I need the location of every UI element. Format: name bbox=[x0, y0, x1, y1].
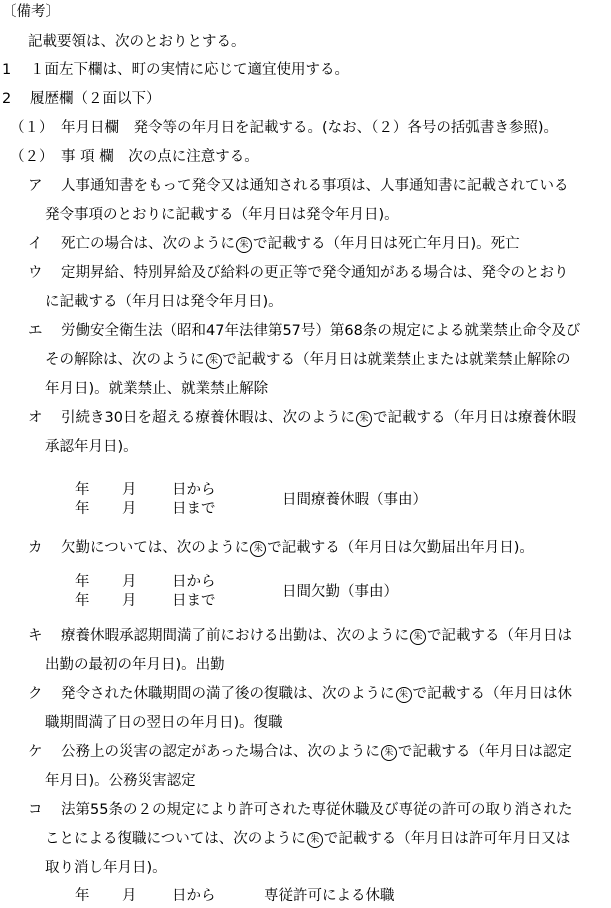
item-text-post: で記載する（年月日は許可年月日又は bbox=[324, 831, 571, 847]
item-text: 職期間満了日の翌日の年月日)。復職 bbox=[45, 714, 283, 732]
table-label: 日間療養休暇（事由） bbox=[282, 491, 427, 509]
item-text: 取り消し年月日)。 bbox=[45, 859, 167, 877]
item-text: 法第55条の２の規定により許可された専従休職及び専従の許可の取り消された bbox=[61, 801, 572, 819]
table-cell: 月 bbox=[122, 592, 137, 610]
item-text-pre: 公務上の災害の認定があった場合は、次のように bbox=[61, 744, 380, 760]
table-cell: 年 bbox=[75, 887, 90, 905]
table-cell: 年 bbox=[75, 500, 90, 518]
item-text: ことによる復職については、次のように朱で記載する（年月日は許可年月日又は bbox=[45, 830, 570, 848]
intro-text: 記載要領は、次のとおりとする。 bbox=[28, 33, 246, 51]
item-marker: ケ bbox=[28, 743, 43, 761]
table-cell: 年 bbox=[75, 592, 90, 610]
circled-red-ink-icon: 朱 bbox=[307, 832, 323, 848]
circled-red-ink-icon: 朱 bbox=[410, 629, 426, 645]
circled-red-ink-icon: 朱 bbox=[396, 687, 412, 703]
item-text: 労働安全衛生法（昭和47年法律第57号）第68条の規定による就業禁止命令及び bbox=[61, 322, 580, 340]
table-cell: 月 bbox=[122, 887, 137, 905]
item-text-pre: ことによる復職については、次のように bbox=[45, 831, 306, 847]
item-text-pre: 発令された休職期間の満了後の復職は、次のように bbox=[61, 686, 395, 702]
table-cell: 日から bbox=[172, 481, 216, 499]
item-text: に記載する（年月日は発令年月日)。 bbox=[45, 293, 283, 311]
table-cell: 月 bbox=[122, 573, 137, 591]
item-marker: ウ bbox=[28, 264, 43, 282]
section-text: 履歴欄（２面以下） bbox=[30, 90, 161, 108]
table-label: 日間欠勤（事由） bbox=[282, 583, 398, 601]
table-label: 専従許可による休職 bbox=[264, 887, 395, 905]
item-text-pre: 死亡の場合は、次のように bbox=[61, 236, 235, 252]
item-text: 発令された休職期間の満了後の復職は、次のように朱で記載する（年月日は休 bbox=[61, 685, 572, 703]
circled-red-ink-icon: 朱 bbox=[236, 237, 252, 253]
item-text-pre: 引続き30日を超える療養休暇は、次のように bbox=[61, 410, 355, 426]
item-marker: コ bbox=[28, 801, 43, 819]
item-text-post: で記載する（年月日は死亡年月日)。死亡 bbox=[253, 236, 520, 252]
table-cell: 日まで bbox=[172, 500, 216, 518]
item-text: 公務上の災害の認定があった場合は、次のように朱で記載する（年月日は認定 bbox=[61, 743, 572, 761]
item-text: 引続き30日を超える療養休暇は、次のように朱で記載する（年月日は療養休暇 bbox=[61, 409, 576, 427]
table-cell: 日から bbox=[172, 887, 216, 905]
item-text-post: で記載する（年月日は bbox=[427, 628, 572, 644]
item-text: 承認年月日)。 bbox=[45, 438, 138, 456]
item-text: 人事通知書をもって発令又は通知される事項は、人事通知書に記載されている bbox=[61, 177, 569, 195]
table-cell: 日まで bbox=[172, 592, 216, 610]
section-number: 2 bbox=[2, 90, 11, 108]
item-text-pre: その解除は、次のように bbox=[45, 352, 205, 368]
item-text-post: で記載する（年月日は欠勤届出年月日)。 bbox=[267, 540, 534, 556]
item-marker: カ bbox=[28, 539, 43, 557]
item-text: 発令事項のとおりに記載する（年月日は発令年月日)。 bbox=[45, 206, 399, 224]
circled-red-ink-icon: 朱 bbox=[381, 745, 397, 761]
item-text-post: で記載する（年月日は認定 bbox=[398, 744, 572, 760]
item-marker: エ bbox=[28, 322, 43, 340]
item-text-post: で記載する（年月日は就業禁止または就業禁止解除の bbox=[223, 352, 571, 368]
item-marker: ア bbox=[28, 177, 43, 195]
item-text: 出勤の最初の年月日)。出勤 bbox=[45, 656, 225, 674]
subsection-number: （１） bbox=[10, 119, 54, 137]
subsection-number: （２） bbox=[10, 148, 54, 166]
item-text-post: で記載する（年月日は休 bbox=[413, 686, 573, 702]
table-cell: 日から bbox=[172, 573, 216, 591]
item-text: 年月日)。就業禁止、就業禁止解除 bbox=[45, 380, 268, 398]
item-marker: イ bbox=[28, 235, 43, 253]
item-marker: ク bbox=[28, 685, 43, 703]
subsection-text: 事 項 欄 次の点に注意する。 bbox=[61, 148, 259, 166]
item-text: 定期昇給、特別昇給及び給料の更正等で発令通知がある場合は、発令のとおり bbox=[61, 264, 569, 282]
item-text: 年月日)。公務災害認定 bbox=[45, 772, 196, 790]
item-text-post: で記載する（年月日は療養休暇 bbox=[373, 410, 576, 426]
item-text: その解除は、次のように朱で記載する（年月日は就業禁止または就業禁止解除の bbox=[45, 351, 571, 369]
item-text-pre: 欠勤については、次のように bbox=[61, 540, 249, 556]
subsection-text: 年月日欄 発令等の年月日を記載する。(なお、（２）各号の括弧書き参照)。 bbox=[61, 119, 558, 137]
item-text: 欠勤については、次のように朱で記載する（年月日は欠勤届出年月日)。 bbox=[61, 539, 534, 557]
item-text-pre: 療養休暇承認期間満了前における出勤は、次のように bbox=[61, 628, 409, 644]
circled-red-ink-icon: 朱 bbox=[250, 541, 266, 557]
table-cell: 年 bbox=[75, 573, 90, 591]
item-marker: オ bbox=[28, 409, 43, 427]
table-cell: 年 bbox=[75, 481, 90, 499]
item-text: 死亡の場合は、次のように朱で記載する（年月日は死亡年月日)。死亡 bbox=[61, 235, 520, 253]
section-number: 1 bbox=[2, 61, 11, 79]
section-text: １面左下欄は、町の実情に応じて適宜使用する。 bbox=[30, 61, 349, 79]
item-marker: キ bbox=[28, 627, 43, 645]
table-cell: 月 bbox=[122, 500, 137, 518]
item-text: 療養休暇承認期間満了前における出勤は、次のように朱で記載する（年月日は bbox=[61, 627, 572, 645]
table-cell: 月 bbox=[122, 481, 137, 499]
circled-red-ink-icon: 朱 bbox=[356, 411, 372, 427]
circled-red-ink-icon: 朱 bbox=[206, 353, 222, 369]
remarks-heading: 〔備考〕 bbox=[2, 3, 60, 21]
